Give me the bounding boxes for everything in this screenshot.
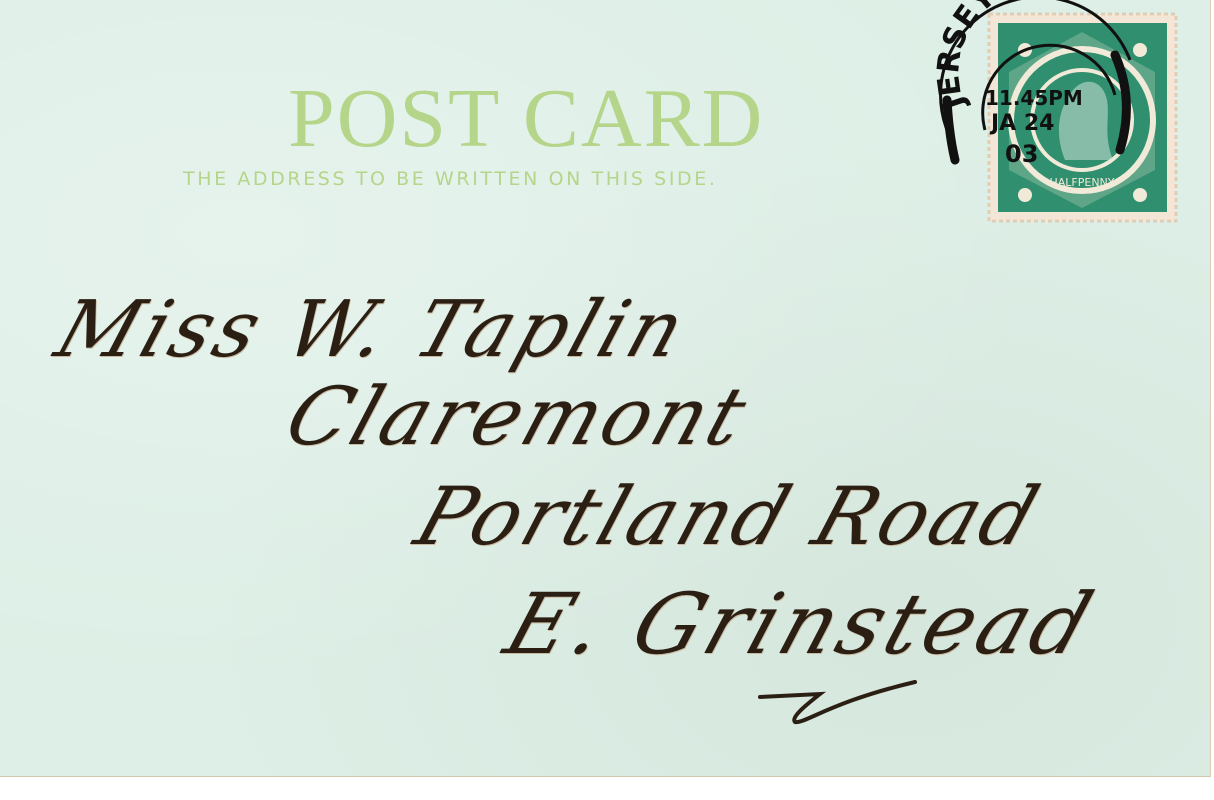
postcard-title: POST CARD [288, 70, 788, 167]
underline-flourish [750, 672, 930, 732]
postmark: JERSEY 11.45PM JA 24 03 [925, 0, 1165, 180]
postcard-subtitle: THE ADDRESS TO BE WRITTEN ON THIS SIDE. [183, 168, 883, 190]
postmark-date: JA 24 [989, 111, 1055, 136]
address-recipient: Miss W. Taplin [45, 285, 699, 375]
address-house: Claremont [275, 370, 760, 463]
postmark-time: 11.45PM [985, 86, 1083, 110]
postcard: POST CARD THE ADDRESS TO BE WRITTEN ON T… [0, 0, 1211, 777]
address-town: E. Grinstead [494, 575, 1107, 673]
postmark-year: 03 [1005, 140, 1038, 168]
address-street: Portland Road [405, 470, 1052, 563]
